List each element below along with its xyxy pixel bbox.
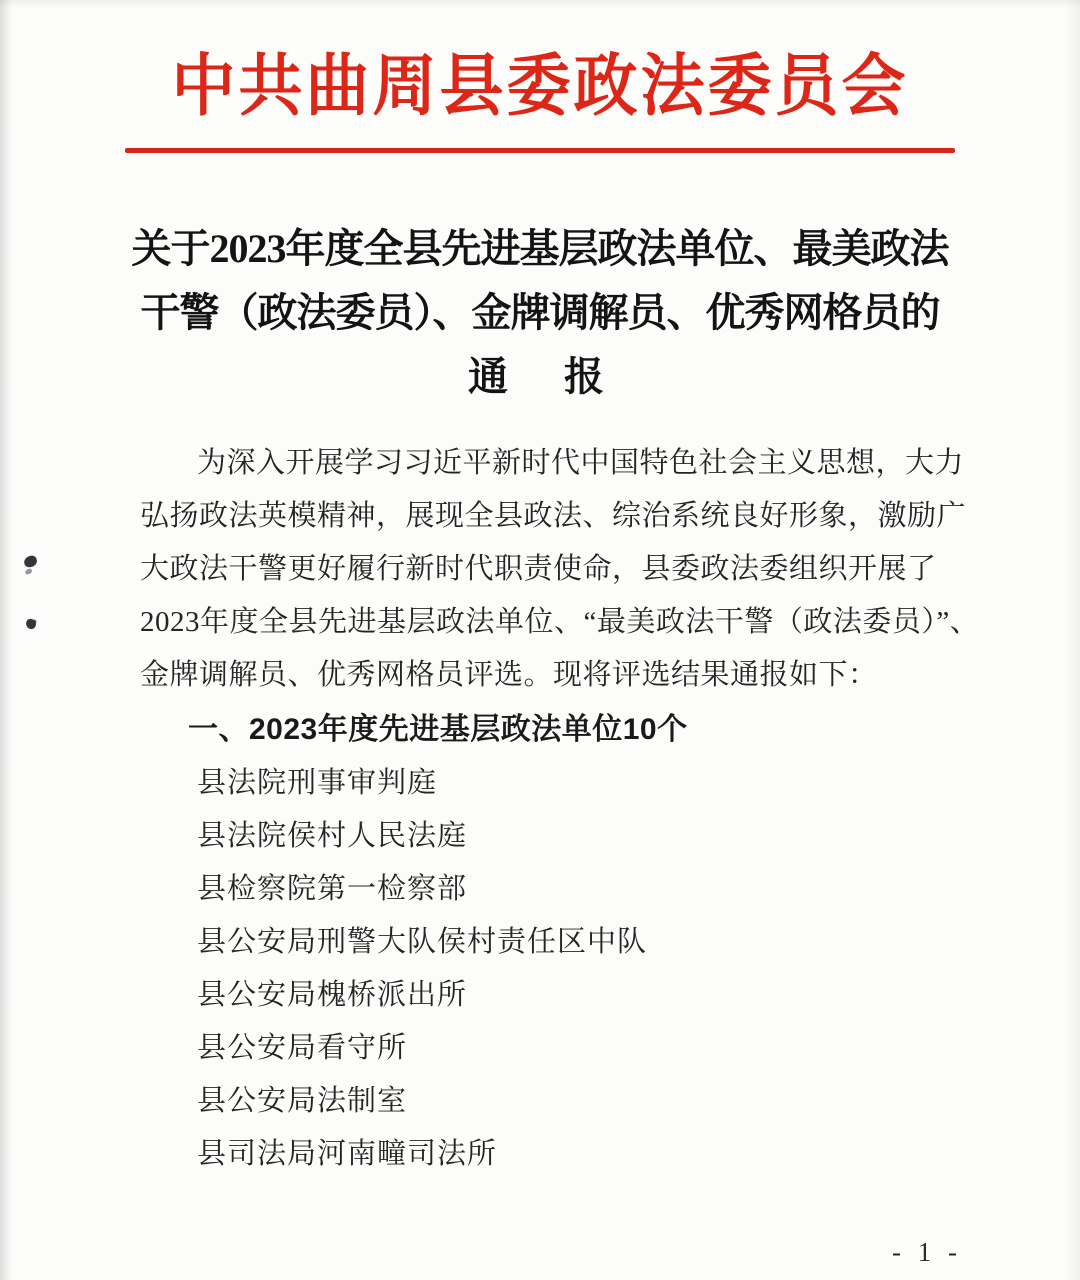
title-line-1: 关于2023年度全县先进基层政法单位、最美政法	[0, 217, 1080, 281]
red-divider-line	[125, 148, 955, 153]
paragraph-line-5: 金牌调解员、优秀网格员评选。现将评选结果通报如下：	[140, 649, 1080, 702]
scan-edge-shadow-left	[0, 0, 12, 1280]
section-heading-advanced-units: 一、2023年度先进基层政法单位10个	[140, 702, 1080, 757]
list-item: 县检察院第一检察部	[140, 863, 1080, 916]
document-title: 关于2023年度全县先进基层政法单位、最美政法 干警（政法委员）、金牌调解员、优…	[0, 217, 1080, 409]
advanced-unit-list: 县法院刑事审判庭 县法院侯村人民法庭 县检察院第一检察部 县公安局刑警大队侯村责…	[140, 757, 1080, 1181]
page-number: - 1 -	[892, 1237, 962, 1268]
paragraph-line-2: 弘扬政法英模精神，展现全县政法、综治系统良好形象，激励广	[140, 490, 1080, 543]
list-item: 县公安局看守所	[140, 1022, 1080, 1075]
list-item: 县公安局刑警大队侯村责任区中队	[140, 916, 1080, 969]
paragraph-line-3: 大政法干警更好履行新时代职责使命，县委政法委组织开展了	[140, 543, 1080, 596]
list-item: 县法院刑事审判庭	[140, 757, 1080, 810]
title-line-3: 通 报	[0, 345, 1080, 409]
issuing-org-title: 中共曲周县委政法委员会	[0, 0, 1080, 125]
document-body: 为深入开展学习习近平新时代中国特色社会主义思想，大力 弘扬政法英模精神，展现全县…	[140, 437, 1080, 1181]
paragraph-line-1: 为深入开展学习习近平新时代中国特色社会主义思想，大力	[140, 437, 1080, 490]
list-item: 县公安局法制室	[140, 1075, 1080, 1128]
list-item: 县司法局河南疃司法所	[140, 1128, 1080, 1181]
scan-smudge-2	[25, 618, 37, 630]
list-item: 县公安局槐桥派出所	[140, 969, 1080, 1022]
paragraph-line-4: 2023年度全县先进基层政法单位、“最美政法干警（政法委员）”、	[140, 596, 1080, 649]
scanned-document-page: 中共曲周县委政法委员会 关于2023年度全县先进基层政法单位、最美政法 干警（政…	[0, 0, 1080, 1280]
title-line-2: 干警（政法委员）、金牌调解员、优秀网格员的	[0, 281, 1080, 345]
scan-smudge-1	[23, 554, 39, 568]
list-item: 县法院侯村人民法庭	[140, 810, 1080, 863]
